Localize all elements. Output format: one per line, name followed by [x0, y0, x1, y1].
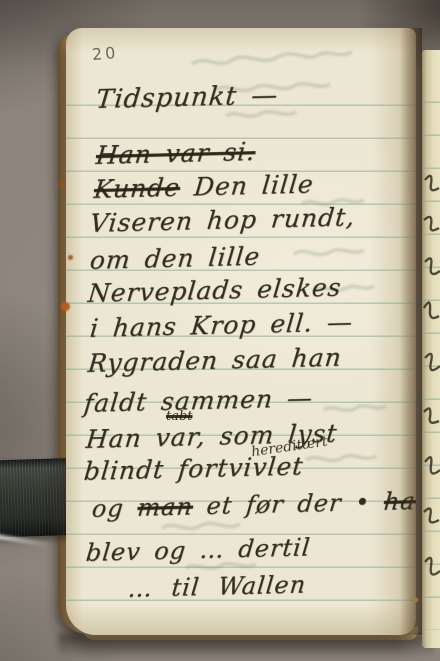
handwriting-line-13: blev og … dertil [85, 534, 312, 566]
handwriting-text: om den lille [89, 242, 262, 275]
handwriting-line-6: Nerveplads elskes [87, 274, 343, 308]
struck-text: Han var si. [95, 137, 257, 170]
inserted-word-struck: tabt [166, 410, 193, 423]
handwriting-text: Den lille [179, 170, 315, 202]
handwriting-line-7: i hans Krop ell. — [89, 309, 355, 343]
notebook-page: 20 Tidspunkt — Han var si. Kunde Den lil… [66, 28, 416, 635]
foxing-spot [60, 181, 65, 187]
handwriting-line-8: Rygraden saa han [87, 344, 344, 378]
handwriting-line-1: Tidspunkt — [95, 82, 280, 115]
handwriting-text: et før der • [192, 488, 386, 521]
handwriting-line-14: … til Wallen [127, 572, 308, 603]
handwriting-text: Tidspunkt — [95, 81, 280, 116]
ink-fragments [422, 50, 440, 648]
handwriting-line-11: blindt fortvivlet [83, 453, 305, 486]
opposite-page-sliver [422, 50, 440, 648]
foxing-spot [68, 255, 73, 260]
struck-text: man [136, 492, 194, 521]
handwriting-line-5: om den lille [89, 243, 262, 275]
handwriting-line-3: Kunde Den lille [93, 171, 315, 204]
gutter-shadow [400, 28, 422, 635]
handwriting-text: blindt fortvivlet [83, 452, 305, 486]
handwriting-line-2: Han var si. [95, 138, 257, 169]
handwriting-text: blev og … dertil [85, 533, 312, 567]
handwriting-line-9: faldt sammen — [83, 384, 315, 417]
manuscript-photo: 20 Tidspunkt — Han var si. Kunde Den lil… [0, 0, 440, 661]
foxing-spot [61, 302, 70, 311]
handwriting-text: og [91, 494, 139, 523]
handwriting-text: … til Wallen [127, 571, 308, 603]
handwriting-line-4: Viseren hop rundt, [89, 203, 357, 237]
handwriting-text: faldt sammen — [83, 383, 315, 418]
page-number: 20 [91, 43, 119, 64]
struck-text: Kunde [93, 173, 182, 204]
foxing-spot [414, 598, 418, 602]
